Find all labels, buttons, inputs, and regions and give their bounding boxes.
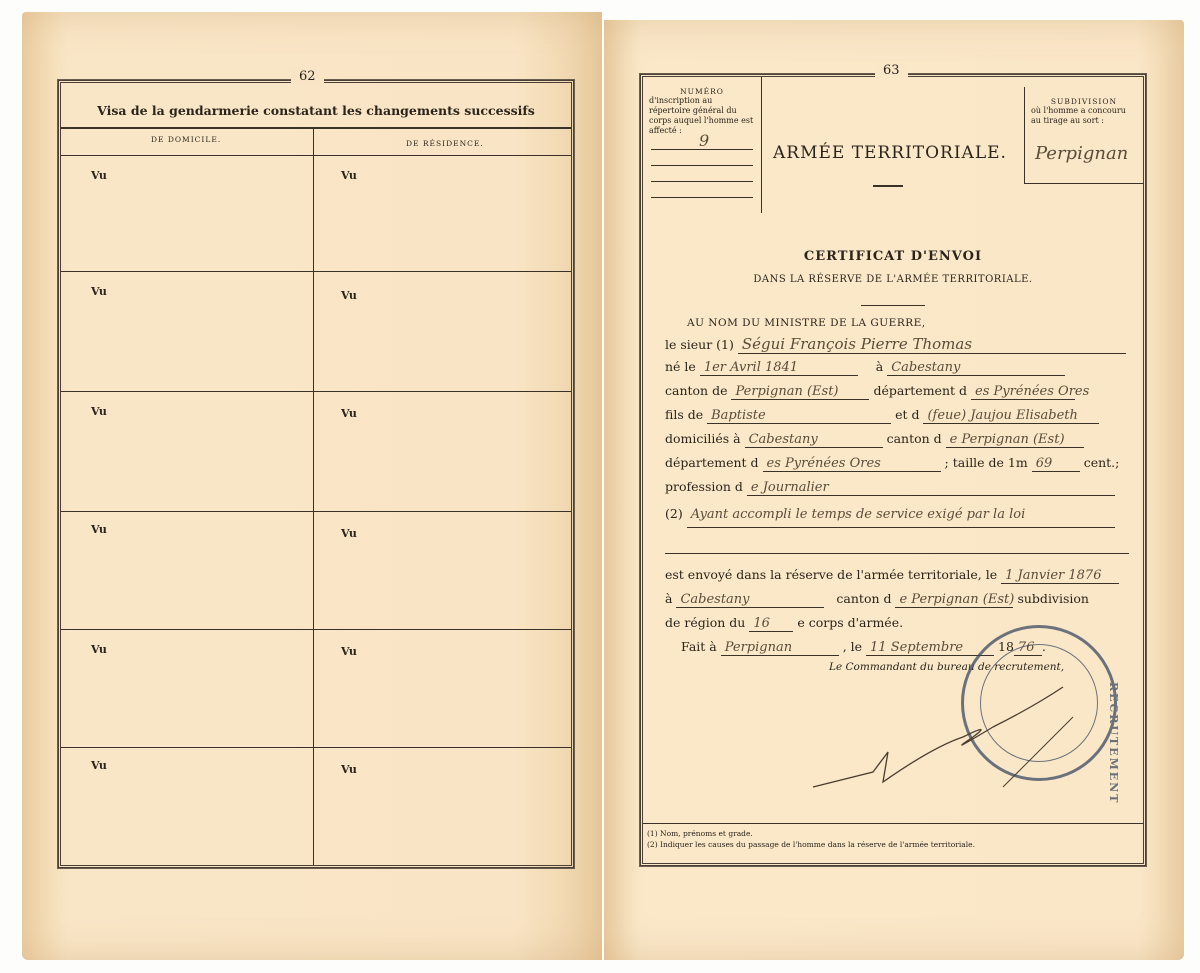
ne-le-label: né le <box>665 359 696 374</box>
left-page-title: Visa de la gendarmerie constatant les ch… <box>61 103 571 118</box>
region-value: 16 <box>749 616 793 632</box>
row-divider <box>61 271 571 272</box>
certificate-subtitle: DANS LA RÉSERVE DE L'ARMÉE TERRITORIALE. <box>643 274 1143 285</box>
canton3-value: e Perpignan (Est) <box>895 592 1013 608</box>
row-divider <box>61 391 571 392</box>
a-value: Cabestany <box>887 360 1065 376</box>
canton-value: Perpignan (Est) <box>731 384 869 400</box>
ne-le-value: 1er Avril 1841 <box>700 360 858 376</box>
taille-value: 69 <box>1032 456 1080 472</box>
et-value: (feue) Jaujou Elisabeth <box>923 408 1099 424</box>
footnote-1: (1) Nom, prénoms et grade. <box>647 829 753 838</box>
numero-heading: NUMÉRO <box>643 87 761 96</box>
subdivision-heading: SUBDIVISION <box>1025 97 1143 106</box>
title-divider <box>61 127 571 129</box>
departement2-value: es Pyrénées Ores <box>763 456 941 472</box>
intro-text: AU NOM DU MINISTRE DE LA GUERRE, <box>687 317 926 329</box>
left-page: 62 Visa de la gendarmerie constatant les… <box>22 12 602 960</box>
title-rule <box>873 185 903 187</box>
canton2-label: canton d <box>887 431 942 446</box>
vu-residence: Vu <box>341 527 357 540</box>
numero-line <box>651 165 753 166</box>
numero-value: 9 <box>699 131 709 150</box>
le-label: , le <box>843 639 862 654</box>
numero-line <box>651 197 753 198</box>
le-value: 11 Septembre <box>866 640 994 656</box>
cause-label: (2) <box>665 506 683 521</box>
region-suffix: e corps d'armée. <box>797 615 903 630</box>
subdivision-value: Perpignan <box>1035 143 1128 164</box>
a2-value: Cabestany <box>676 592 824 608</box>
fils-label: fils de <box>665 407 703 422</box>
vu-residence: Vu <box>341 289 357 302</box>
vu-residence: Vu <box>341 763 357 776</box>
numero-text: d'inscription au répertoire général du c… <box>643 96 761 136</box>
subdivision-text: où l'homme a concouru au tirage au sort … <box>1025 106 1143 126</box>
sieur-label: le sieur (1) <box>665 337 734 352</box>
canton-label: canton de <box>665 383 727 398</box>
domicilies-value: Cabestany <box>745 432 883 448</box>
departement-label: département d <box>873 383 967 398</box>
footnote-divider <box>643 823 1143 824</box>
et-label: et d <box>895 407 919 422</box>
vu-domicile: Vu <box>91 285 107 298</box>
profession-label: profession d <box>665 479 743 494</box>
header-divider <box>61 155 571 156</box>
column-divider <box>313 127 314 865</box>
vu-residence: Vu <box>341 645 357 658</box>
subdivision-label: subdivision <box>1017 591 1089 606</box>
vu-domicile: Vu <box>91 643 107 656</box>
armee-territoriale-title: ARMÉE TERRITORIALE. <box>773 143 1007 163</box>
cause-value: Ayant accompli le temps de service exigé… <box>687 503 1115 528</box>
taille-unit: cent.; <box>1084 455 1120 470</box>
vu-domicile: Vu <box>91 759 107 772</box>
signature-icon <box>793 677 1093 797</box>
numero-box: NUMÉRO d'inscription au répertoire génér… <box>643 77 762 213</box>
sieur-value: Ségui François Pierre Thomas <box>738 335 1126 354</box>
a2-label: à <box>665 591 672 606</box>
canton2-value: e Perpignan (Est) <box>946 432 1084 448</box>
envoye-value: 1 Janvier 1876 <box>1001 568 1119 584</box>
departement2-label: département d <box>665 455 759 470</box>
canton3-label: canton d <box>836 591 891 606</box>
fait-label: Fait à <box>681 639 717 654</box>
numero-line <box>651 149 753 150</box>
vu-domicile: Vu <box>91 169 107 182</box>
vu-domicile: Vu <box>91 523 107 536</box>
profession-value: e Journalier <box>747 480 1115 496</box>
row-divider <box>61 629 571 630</box>
blank-line <box>665 553 1129 554</box>
domicilies-label: domiciliés à <box>665 431 741 446</box>
vu-domicile: Vu <box>91 405 107 418</box>
fait-value: Perpignan <box>721 640 839 656</box>
stamp-text: RECRUTEMENT <box>1107 682 1120 804</box>
vu-residence: Vu <box>341 169 357 182</box>
numero-line <box>651 181 753 182</box>
fils-value: Baptiste <box>707 408 891 424</box>
a-label: à <box>876 359 883 374</box>
right-page: 63 NUMÉRO d'inscription au répertoire gé… <box>604 20 1184 960</box>
subtitle-rule <box>861 305 925 306</box>
right-page-frame: 63 NUMÉRO d'inscription au répertoire gé… <box>640 74 1146 866</box>
right-page-number: 63 <box>875 63 908 78</box>
left-page-frame: 62 Visa de la gendarmerie constatant les… <box>58 80 574 868</box>
certificate-title: CERTIFICAT D'ENVOI <box>643 249 1143 264</box>
left-page-number: 62 <box>291 69 324 84</box>
taille-label: ; taille de 1m <box>945 455 1028 470</box>
region-label: de région du <box>665 615 745 630</box>
column-header-residence: DE RÉSIDENCE. <box>406 139 484 148</box>
column-header-domicile: DE DOMICILE. <box>151 135 221 144</box>
footnote-2: (2) Indiquer les causes du passage de l'… <box>647 840 975 849</box>
vu-residence: Vu <box>341 407 357 420</box>
envoye-label: est envoyé dans la réserve de l'armée te… <box>665 567 997 582</box>
departement-value: es Pyrénées Ores <box>971 384 1075 400</box>
row-divider <box>61 747 571 748</box>
subdivision-box: SUBDIVISION où l'homme a concouru au tir… <box>1024 87 1143 184</box>
row-divider <box>61 511 571 512</box>
